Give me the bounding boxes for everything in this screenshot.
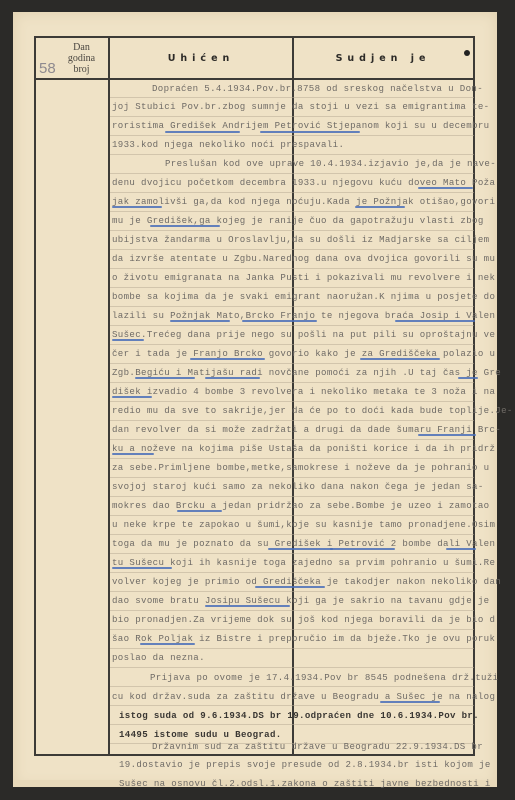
text-line: mokres dao Brcku a jedan pridržao za seb… [112, 500, 489, 511]
name-underline [446, 548, 476, 550]
name-underline [112, 396, 152, 398]
name-underline [112, 206, 162, 208]
text-line: istog suda od 9.6.1934.DS br 19.odpraćen… [119, 710, 479, 721]
text-line: joj Stubici Pov.br.zbog sumnje da stoji … [112, 101, 489, 112]
name-underline [112, 567, 172, 569]
name-underline [150, 225, 220, 227]
name-underline [190, 358, 265, 360]
name-underline [170, 320, 230, 322]
name-underline [165, 131, 240, 133]
name-underline [418, 434, 476, 436]
text-line: o životu emigranata na Janka Pusti i pok… [112, 272, 495, 283]
name-underline [242, 320, 317, 322]
text-line: Sušec.Trećeg dana prije nego su pošli na… [112, 329, 495, 340]
text-line: roristima Gredišek Andrijem Petrović Stj… [112, 120, 489, 131]
text-line: Državnim sud za zaštitu države u Beograd… [152, 741, 483, 752]
name-underline [395, 320, 475, 322]
text-line: da izvrše atentate u Zgbu.Narednog dana … [112, 253, 495, 264]
text-line: bio pronadjen.Za vrijeme dok su još kod … [112, 614, 495, 625]
name-underline [380, 701, 440, 703]
name-underline [140, 643, 195, 645]
name-underline [205, 377, 260, 379]
text-line: ku a noževe na kojima piše Ustaša da pon… [112, 443, 495, 454]
text-line: Dopraćen 5.4.1934.Pov.br.8758 od sreskog… [152, 83, 483, 94]
text-line: poslao da nezna. [112, 652, 205, 663]
typed-text-body: Dopraćen 5.4.1934.Pov.br.8758 od sreskog… [0, 0, 515, 800]
name-underline [360, 358, 440, 360]
name-underline [355, 206, 405, 208]
name-underline [112, 453, 154, 455]
text-line: 19.dostavio je prepis svoje presude od 2… [119, 759, 491, 770]
text-line: u neke krpe te zapokao u šumi,koje su ka… [112, 519, 495, 530]
text-line: Preslušan kod ove uprave 10.4.1934.izjav… [165, 158, 496, 169]
name-underline [458, 377, 478, 379]
text-line: jak zamolivši ga,da kod njega noćuju.Kad… [112, 196, 495, 207]
name-underline [260, 131, 360, 133]
name-underline [418, 187, 473, 189]
name-underline [205, 605, 290, 607]
name-underline [177, 510, 222, 512]
name-underline [268, 548, 333, 550]
text-line: svojoj staroj kući samo za nekoliko dana… [112, 481, 484, 492]
text-line: 14495 istome sudu u Beograd. [119, 729, 282, 740]
text-line: dao svome bratu Josipu Sušecu koji ga je… [112, 595, 489, 606]
name-underline [330, 548, 395, 550]
name-underline [255, 586, 325, 588]
text-line: Sušec na osnovu čl.2.odsl.1.zakona o zaš… [119, 778, 491, 789]
text-line: Prijava po ovome je 17.4.1934.Pov br 854… [150, 672, 498, 683]
text-line: za sebe.Primljene bombe,metke,samokrese … [112, 462, 489, 473]
text-line: redio mu da sve to sakrije,jer da će po … [112, 405, 513, 416]
text-line: bombe sa kojima da je svaki emigrant nao… [112, 291, 495, 302]
text-line: dišek izvadio 4 bombe 3 revolvera i neko… [112, 386, 495, 397]
text-line: 1933.kod njega nekoliko noći prespavali. [112, 139, 344, 150]
name-underline [135, 377, 195, 379]
name-underline [112, 339, 144, 341]
text-line: ubijstva žandarma u Oroslavlju,da su doš… [112, 234, 489, 245]
